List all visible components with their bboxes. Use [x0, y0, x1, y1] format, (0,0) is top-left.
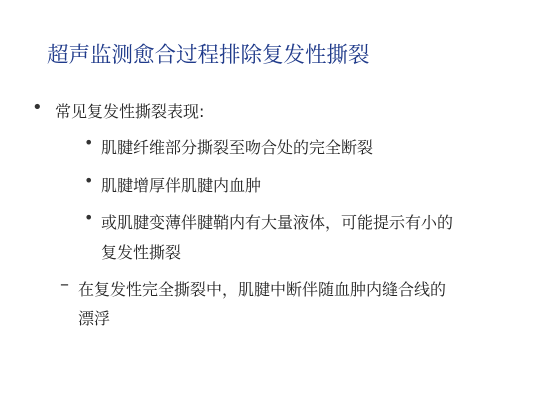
bullet-icon: • — [84, 171, 93, 190]
list-item-continuation: 漂浮 — [78, 306, 110, 329]
list-item-heading: 常见复发性撕裂表现: — [55, 99, 204, 122]
list-item: 在复发性完全撕裂中，肌腱中断伴随血肿内缝合线的 — [78, 277, 446, 300]
list-item: 或肌腱变薄伴腱鞘内有大量液体，可能提示有小的 — [101, 210, 453, 233]
dash-icon: – — [60, 274, 69, 295]
bullet-icon: • — [84, 208, 93, 227]
list-item: 肌腱纤维部分撕裂至吻合处的完全断裂 — [101, 135, 373, 158]
bullet-icon: • — [84, 133, 93, 152]
slide-title: 超声监测愈合过程排除复发性撕裂 — [47, 38, 370, 69]
list-item: 肌腱增厚伴肌腱内血肿 — [101, 173, 261, 196]
list-item-continuation: 复发性撕裂 — [101, 240, 181, 263]
bullet-icon: • — [32, 97, 43, 118]
